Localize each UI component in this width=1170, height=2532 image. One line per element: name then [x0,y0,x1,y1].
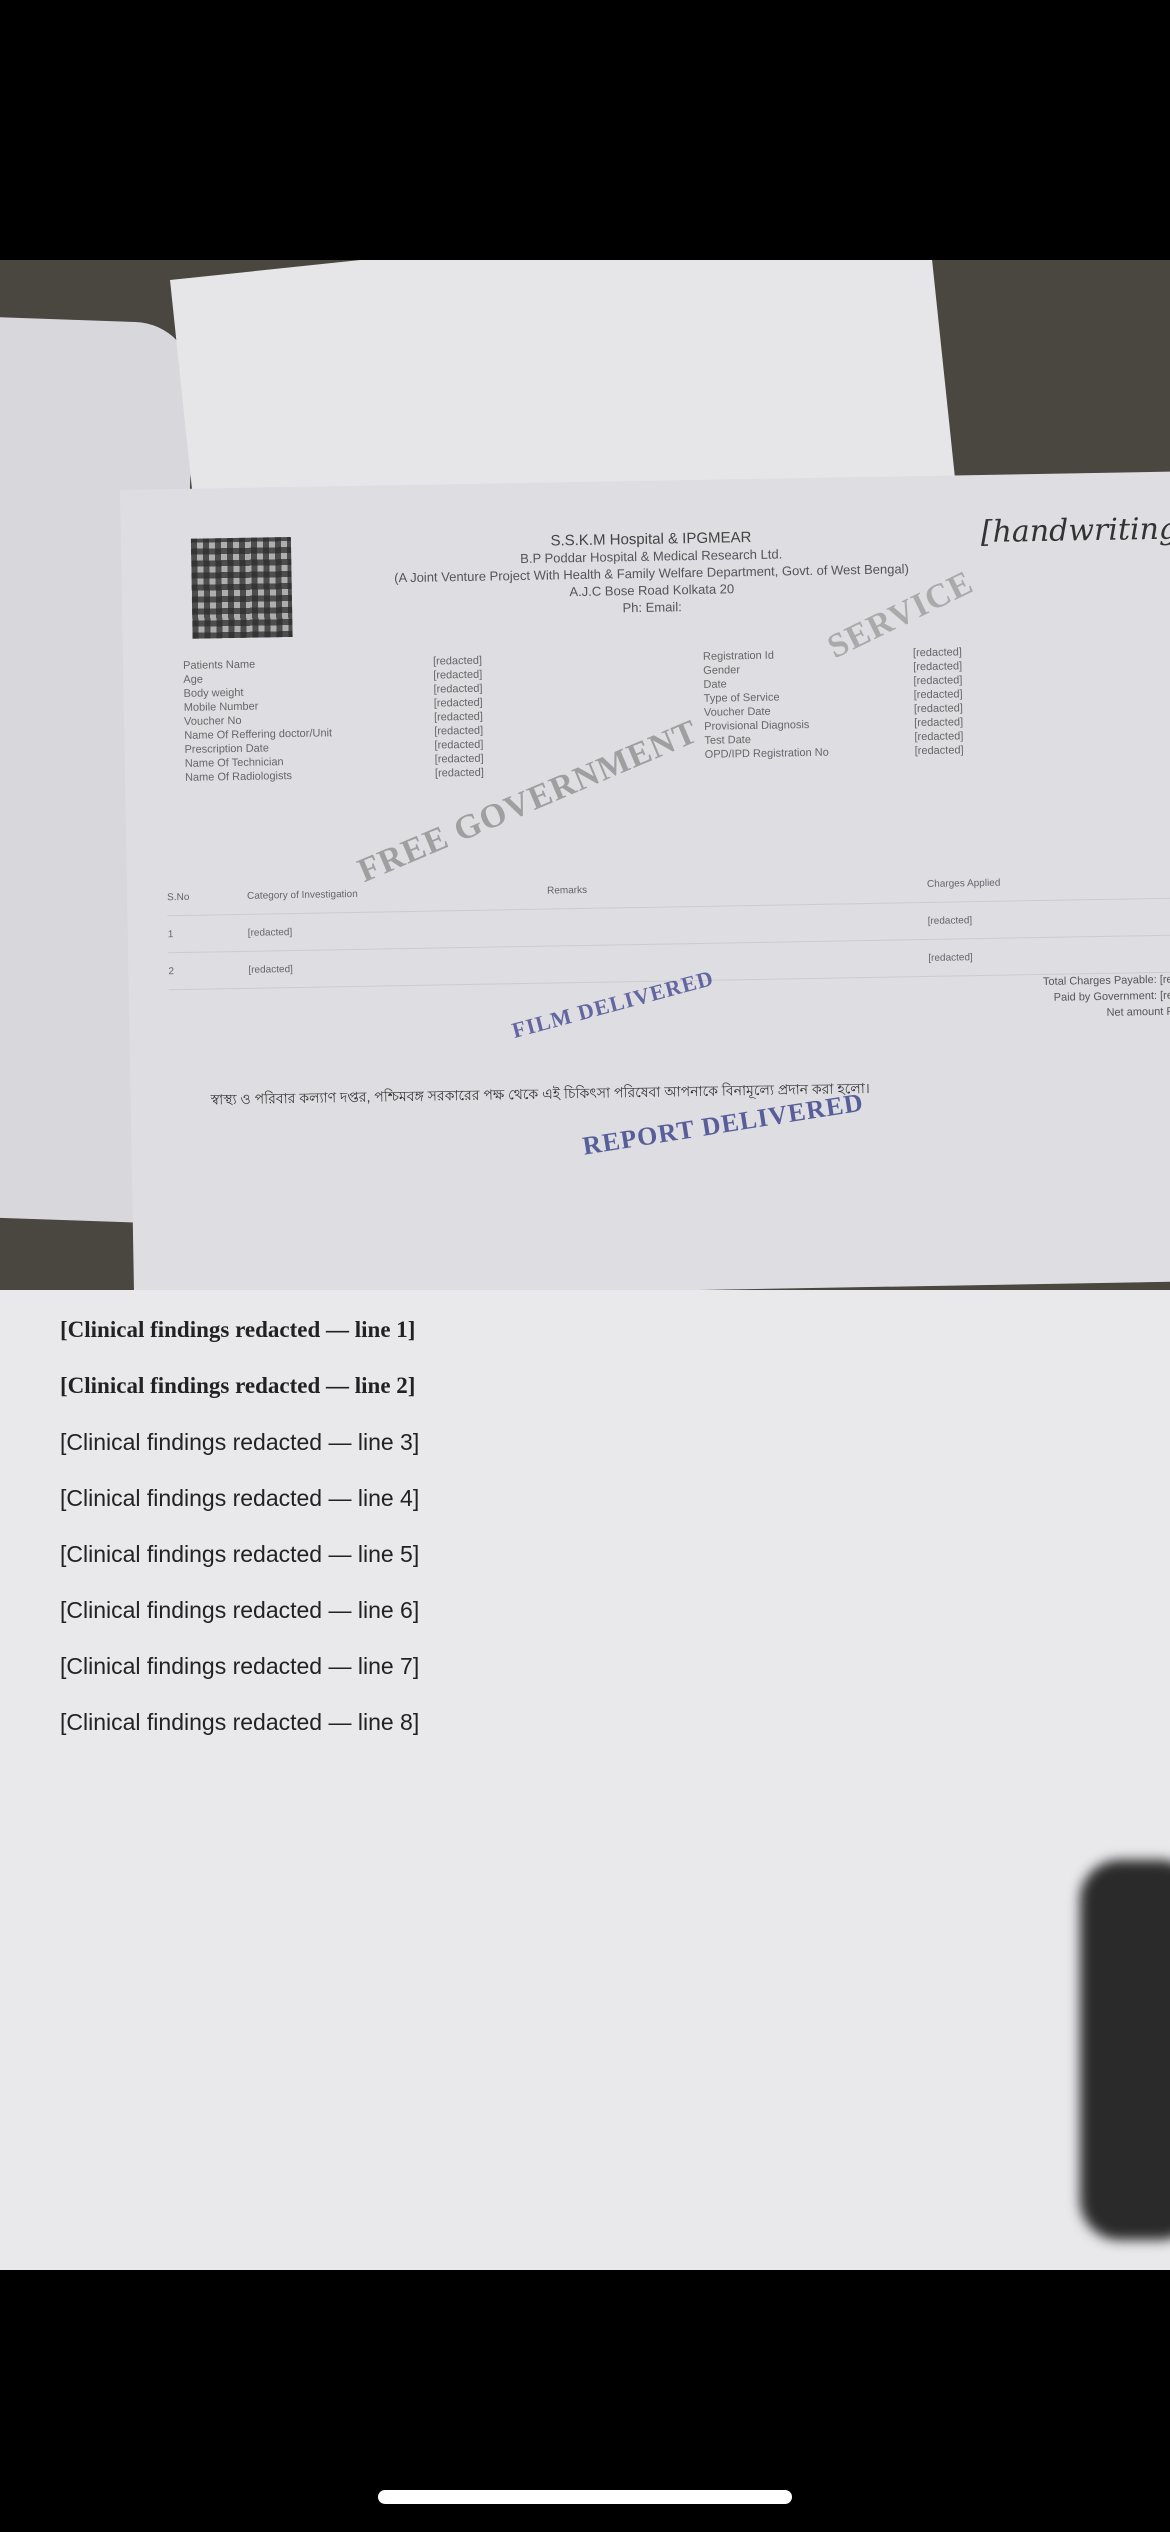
home-indicator[interactable] [378,2490,792,2504]
totals-block: Total Charges Payable: [redacted] Paid b… [1043,971,1170,1022]
qr-code-icon [191,537,293,639]
table-cell: Remarks [547,878,927,896]
table-cell [548,958,928,965]
radiology-report-sheet: [Clinical findings redacted — line 1][Cl… [0,1290,1170,2270]
table-cell: S.No [167,890,247,902]
finding-line: [Clinical findings redacted — line 1] [60,1315,1150,1345]
field-label: OPD/IPD Registration No [705,744,905,761]
finding-line: [Clinical findings redacted — line 5] [60,1539,1150,1569]
report-findings: [Clinical findings redacted — line 1][Cl… [60,1315,1150,1763]
left-labels: Patients NameAgeBody weightMobile Number… [183,655,425,785]
table-cell: 1 [168,927,248,939]
finding-line: [Clinical findings redacted — line 3] [60,1427,1150,1457]
hospital-voucher-sheet: S.S.K.M Hospital & IPGMEAR B.P Poddar Ho… [120,471,1170,1300]
finding-line: [Clinical findings redacted — line 8] [60,1707,1150,1737]
charges-table: S.NoCategory of InvestigationRemarksChar… [167,861,1170,990]
table-cell: Category of Investigation [247,885,547,901]
finding-line: [Clinical findings redacted — line 6] [60,1595,1150,1625]
handwritten-mark: [handwriting] [981,511,1170,550]
table-cell: [redacted] [928,912,1128,926]
table-cell: [redacted] [928,949,1128,963]
table-cell: [redacted] [248,959,548,975]
net-payable: Net amount Payable: [1043,1003,1170,1022]
finger-shadow [1080,1860,1170,2240]
table-cell: [redacted] [248,922,548,938]
finding-line: [Clinical findings redacted — line 7] [60,1651,1150,1681]
hospital-header: S.S.K.M Hospital & IPGMEAR B.P Poddar Ho… [351,526,952,621]
finding-line: [Clinical findings redacted — line 4] [60,1483,1150,1513]
field-label: Name Of Radiologists [185,767,425,785]
table-cell [548,921,928,928]
right-values: [redacted][redacted][redacted][redacted]… [913,642,1135,772]
right-labels: Registration IdGenderDateType of Service… [703,646,905,775]
document-photo: S.S.K.M Hospital & IPGMEAR B.P Poddar Ho… [0,260,1170,2270]
table-cell: 2 [168,964,248,976]
bengali-notice: স্বাস্থ্য ও পরিবার কল্যাণ দপ্তর, পশ্চিমব… [210,1071,1170,1112]
table-cell: Charges Applied [927,875,1127,889]
field-value: [redacted] [915,740,1135,758]
finding-line: [Clinical findings redacted — line 2] [60,1371,1150,1401]
